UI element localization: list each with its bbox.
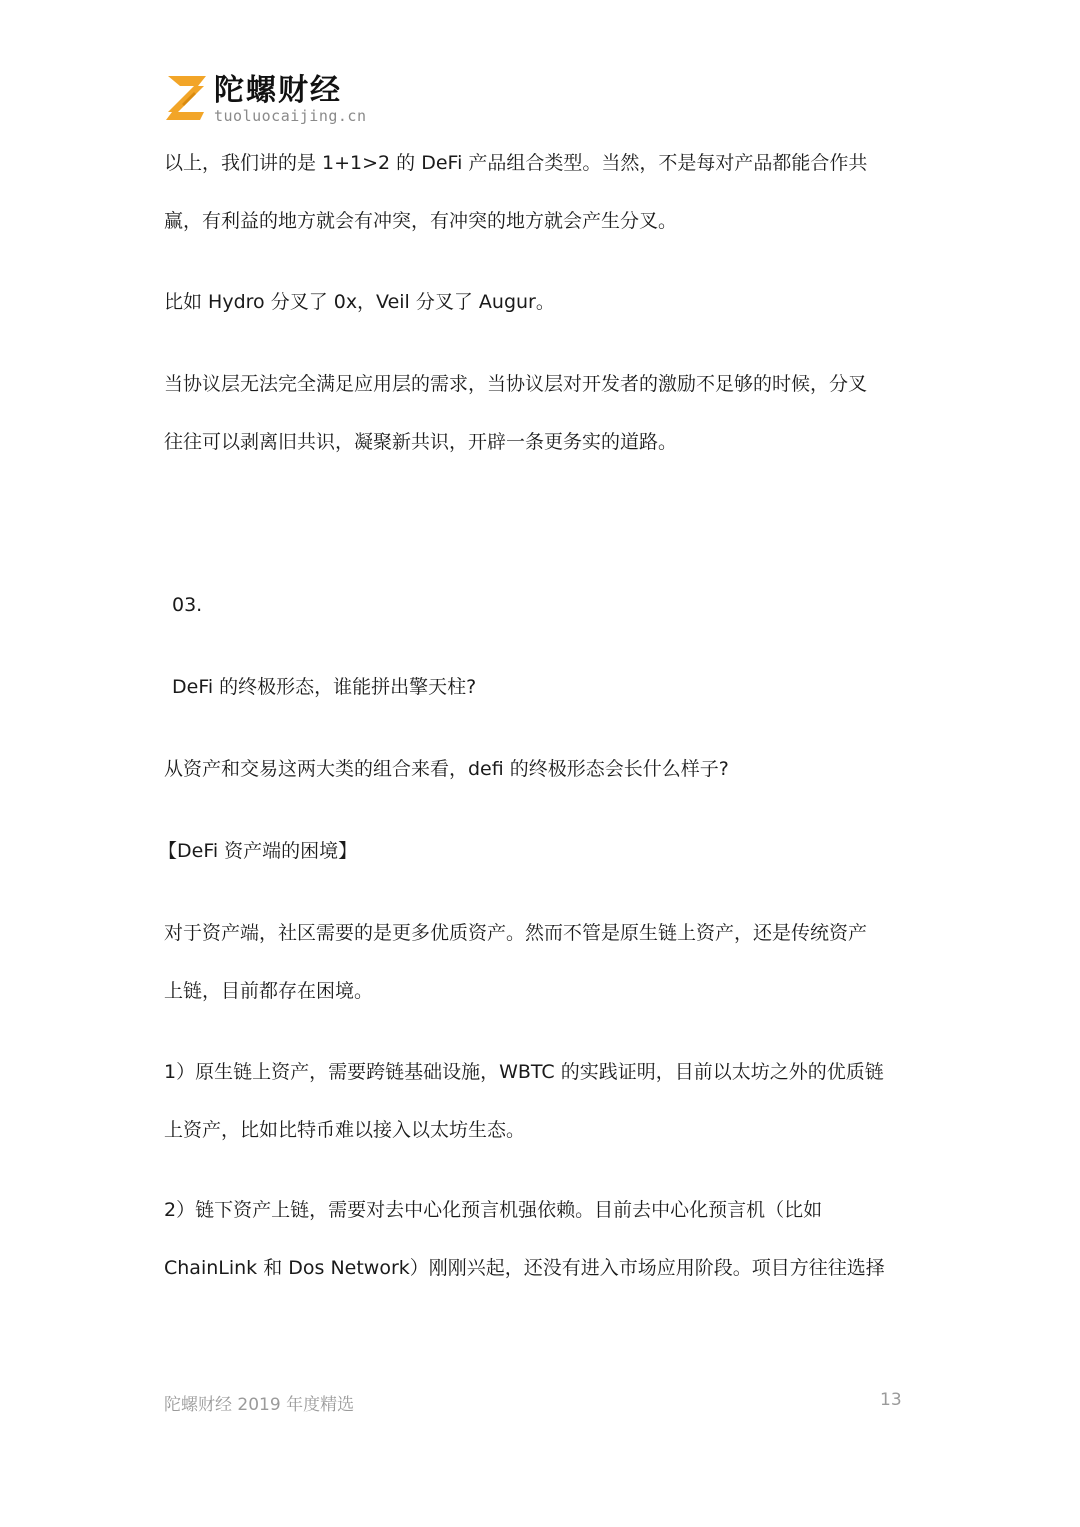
paragraph-line: 对于资产端，社区需要的是更多优质资产。然而不管是原生链上资产，还是传统资产 — [164, 922, 867, 944]
section-intro: 从资产和交易这两大类的组合来看，defi 的终极形态会长什么样子? — [164, 740, 924, 798]
paragraph-line: 2）链下资产上链，需要对去中心化预言机强依赖。目前去中心化预言机（比如 — [164, 1199, 822, 1221]
subheading: 【DeFi 资产端的困境】 — [158, 822, 918, 880]
paragraph-6: 2）链下资产上链，需要对去中心化预言机强依赖。目前去中心化预言机（比如 Chai… — [164, 1181, 924, 1297]
paragraph-4: 对于资产端，社区需要的是更多优质资产。然而不管是原生链上资产，还是传统资产 上链… — [164, 904, 924, 1020]
logo-domain: tuoluocaijing.cn — [214, 108, 367, 124]
paragraph-2: 比如 Hydro 分叉了 0x，Veil 分叉了 Augur。 — [164, 273, 924, 331]
section-title: DeFi 的终极形态，谁能拼出擎天柱? — [172, 658, 932, 716]
paragraph-line: 上链，目前都存在困境。 — [164, 980, 373, 1002]
paragraph-5: 1）原生链上资产，需要跨链基础设施，WBTC 的实践证明，目前以太坊之外的优质链… — [164, 1043, 924, 1159]
paragraph-line: 1）原生链上资产，需要跨链基础设施，WBTC 的实践证明，目前以太坊之外的优质链 — [164, 1061, 884, 1083]
section-number: 03. — [172, 576, 932, 634]
logo-chinese-name: 陀螺财经 — [214, 74, 367, 108]
paragraph-line: 以上，我们讲的是 1+1>2 的 DeFi 产品组合类型。当然，不是每对产品都能… — [164, 152, 867, 174]
paragraph-line: 上资产，比如比特币难以接入以太坊生态。 — [164, 1119, 525, 1141]
paragraph-line: 当协议层无法完全满足应用层的需求，当协议层对开发者的激励不足够的时候，分叉 — [164, 373, 867, 395]
paragraph-line: 赢，有利益的地方就会有冲突，有冲突的地方就会产生分叉。 — [164, 210, 677, 232]
paragraph-line: 比如 Hydro 分叉了 0x，Veil 分叉了 Augur。 — [164, 291, 555, 313]
paragraph-line: ChainLink 和 Dos Network）刚刚兴起，还没有进入市场应用阶段… — [164, 1257, 885, 1279]
logo: 陀螺财经 tuoluocaijing.cn — [164, 74, 367, 126]
page-number: 13 — [880, 1390, 902, 1410]
footer-publication: 陀螺财经 2019 年度精选 — [164, 1390, 354, 1415]
paragraph-1: 以上，我们讲的是 1+1>2 的 DeFi 产品组合类型。当然，不是每对产品都能… — [164, 134, 924, 250]
logo-z-icon — [164, 74, 208, 122]
paragraph-3: 当协议层无法完全满足应用层的需求，当协议层对开发者的激励不足够的时候，分叉 往往… — [164, 355, 924, 471]
paragraph-line: 往往可以剥离旧共识，凝聚新共识，开辟一条更务实的道路。 — [164, 431, 677, 453]
